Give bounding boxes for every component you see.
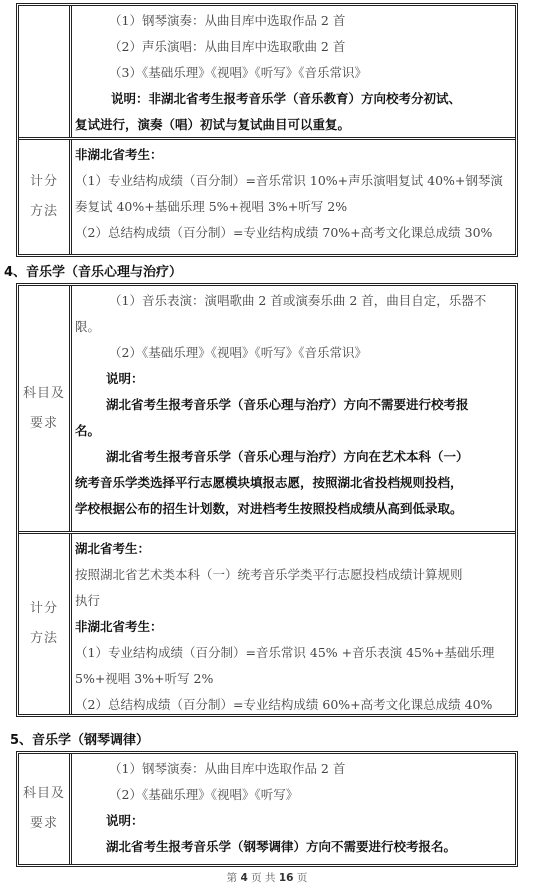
scoring-row: 计分 方法 湖北省考生： 按照湖北省艺术类本科（一）统考音乐学类平行志愿投档成绩… xyxy=(19,531,515,714)
formula-text: （2）总结构成绩（百分制）=专业结构成绩 70%+高考文化课总成绩 30% xyxy=(75,220,513,246)
requirement-item: （1）钢琴演奏：从曲目库中选取作品 2 首 xyxy=(75,8,513,34)
note-text: 湖北省考生报考音乐学（钢琴调律）方向不需要进行校考报名。 xyxy=(75,834,513,860)
formula-text: （2）总结构成绩（百分制）=专业结构成绩 60%+高考文化课总成绩 40% xyxy=(75,692,513,718)
note-text: 湖北省考生报考音乐学（音乐心理与治疗）方向在艺术本科（一） xyxy=(75,444,513,470)
current-page: 4 xyxy=(241,872,248,884)
note-title: 说明： xyxy=(75,366,513,392)
requirements-row: 科目及 要求 （1）音乐表演：演唱歌曲 2 首或演奏乐曲 2 首，曲目自定，乐器… xyxy=(19,286,515,531)
scoring-row: 计分 方法 非湖北省考生： （1）专业结构成绩（百分制）=音乐常识 10%+声乐… xyxy=(19,137,515,254)
requirements-row: 科目及 要求 （1）钢琴演奏：从曲目库中选取作品 2 首 （2）《基础乐理》《视… xyxy=(19,754,515,864)
requirements-content: （1）钢琴演奏：从曲目库中选取作品 2 首 （2）声乐演唱：从曲目库中选取歌曲 … xyxy=(72,6,515,137)
requirement-item: （2）声乐演唱：从曲目库中选取歌曲 2 首 xyxy=(75,34,513,60)
page-number: 第 4 页 共 16 页 xyxy=(0,870,534,885)
requirement-item: 限。 xyxy=(75,314,513,340)
scoring-content: 非湖北省考生： （1）专业结构成绩（百分制）=音乐常识 10%+声乐演唱复试 4… xyxy=(72,140,515,254)
requirements-label: 科目及 要求 xyxy=(19,754,72,864)
rule-text: 按照湖北省艺术类本科（一）统考音乐学类平行志愿投档成绩计算规则 xyxy=(75,562,513,588)
scoring-label: 计分 方法 xyxy=(19,140,72,254)
note-text: 复试进行，演奏（唱）初试与复试曲目可以重复。 xyxy=(75,112,513,138)
note-text: 统考音乐学类选择平行志愿模块填报志愿，按照湖北省投档规则投档， xyxy=(75,470,513,496)
group-title: 非湖北省考生： xyxy=(75,614,513,640)
group-title: 非湖北省考生： xyxy=(75,142,513,168)
note-text: 学校根据公布的招生计划数，对进档考生按照投档成绩从高到低录取。 xyxy=(75,496,513,522)
note-text: 湖北省考生报考音乐学（音乐心理与治疗）方向不需要进行校考报 xyxy=(75,392,513,418)
requirement-item: （3）《基础乐理》《视唱》《听写》《音乐常识》 xyxy=(75,60,513,86)
scoring-content: 湖北省考生： 按照湖北省艺术类本科（一）统考音乐学类平行志愿投档成绩计算规则 执… xyxy=(72,534,515,714)
requirements-label-cell xyxy=(19,6,72,137)
requirements-label: 科目及 要求 xyxy=(19,286,72,531)
formula-text: 5%+视唱 3%+听写 2% xyxy=(75,666,513,692)
scoring-label: 计分 方法 xyxy=(19,534,72,714)
requirement-item: （2）《基础乐理》《视唱》《听写》《音乐常识》 xyxy=(75,340,513,366)
requirements-content: （1）音乐表演：演唱歌曲 2 首或演奏乐曲 2 首，曲目自定，乐器不 限。 （2… xyxy=(72,286,515,531)
section5-heading: 5、音乐学（钢琴调律） xyxy=(10,729,149,748)
note-text: 名。 xyxy=(75,418,513,444)
rule-text: 执行 xyxy=(75,588,513,614)
section4-table: 科目及 要求 （1）音乐表演：演唱歌曲 2 首或演奏乐曲 2 首，曲目自定，乐器… xyxy=(16,283,518,717)
section3-table: （1）钢琴演奏：从曲目库中选取作品 2 首 （2）声乐演唱：从曲目库中选取歌曲 … xyxy=(16,3,518,257)
requirement-item: （2）《基础乐理》《视唱》《听写》 xyxy=(75,782,513,808)
requirement-item: （1）音乐表演：演唱歌曲 2 首或演奏乐曲 2 首，曲目自定，乐器不 xyxy=(75,288,513,314)
requirement-item: （1）钢琴演奏：从曲目库中选取作品 2 首 xyxy=(75,756,513,782)
section5-table: 科目及 要求 （1）钢琴演奏：从曲目库中选取作品 2 首 （2）《基础乐理》《视… xyxy=(16,751,518,867)
group-title: 湖北省考生： xyxy=(75,536,513,562)
formula-text: （1）专业结构成绩（百分制）=音乐常识 10%+声乐演唱复试 40%+钢琴演 xyxy=(75,168,513,194)
requirements-row: （1）钢琴演奏：从曲目库中选取作品 2 首 （2）声乐演唱：从曲目库中选取歌曲 … xyxy=(19,6,515,137)
note-title: 说明： xyxy=(75,808,513,834)
formula-text: 奏复试 40%+基础乐理 5%+视唱 3%+听写 2% xyxy=(75,194,513,220)
total-pages: 16 xyxy=(279,872,294,884)
requirements-content: （1）钢琴演奏：从曲目库中选取作品 2 首 （2）《基础乐理》《视唱》《听写》 … xyxy=(72,754,515,864)
note-text: 说明：非湖北省考生报考音乐学（音乐教育）方向校考分初试、 xyxy=(75,86,513,112)
formula-text: （1）专业结构成绩（百分制）=音乐常识 45% +音乐表演 45%+基础乐理 xyxy=(75,640,513,666)
section4-heading: 4、音乐学（音乐心理与治疗） xyxy=(4,261,182,280)
